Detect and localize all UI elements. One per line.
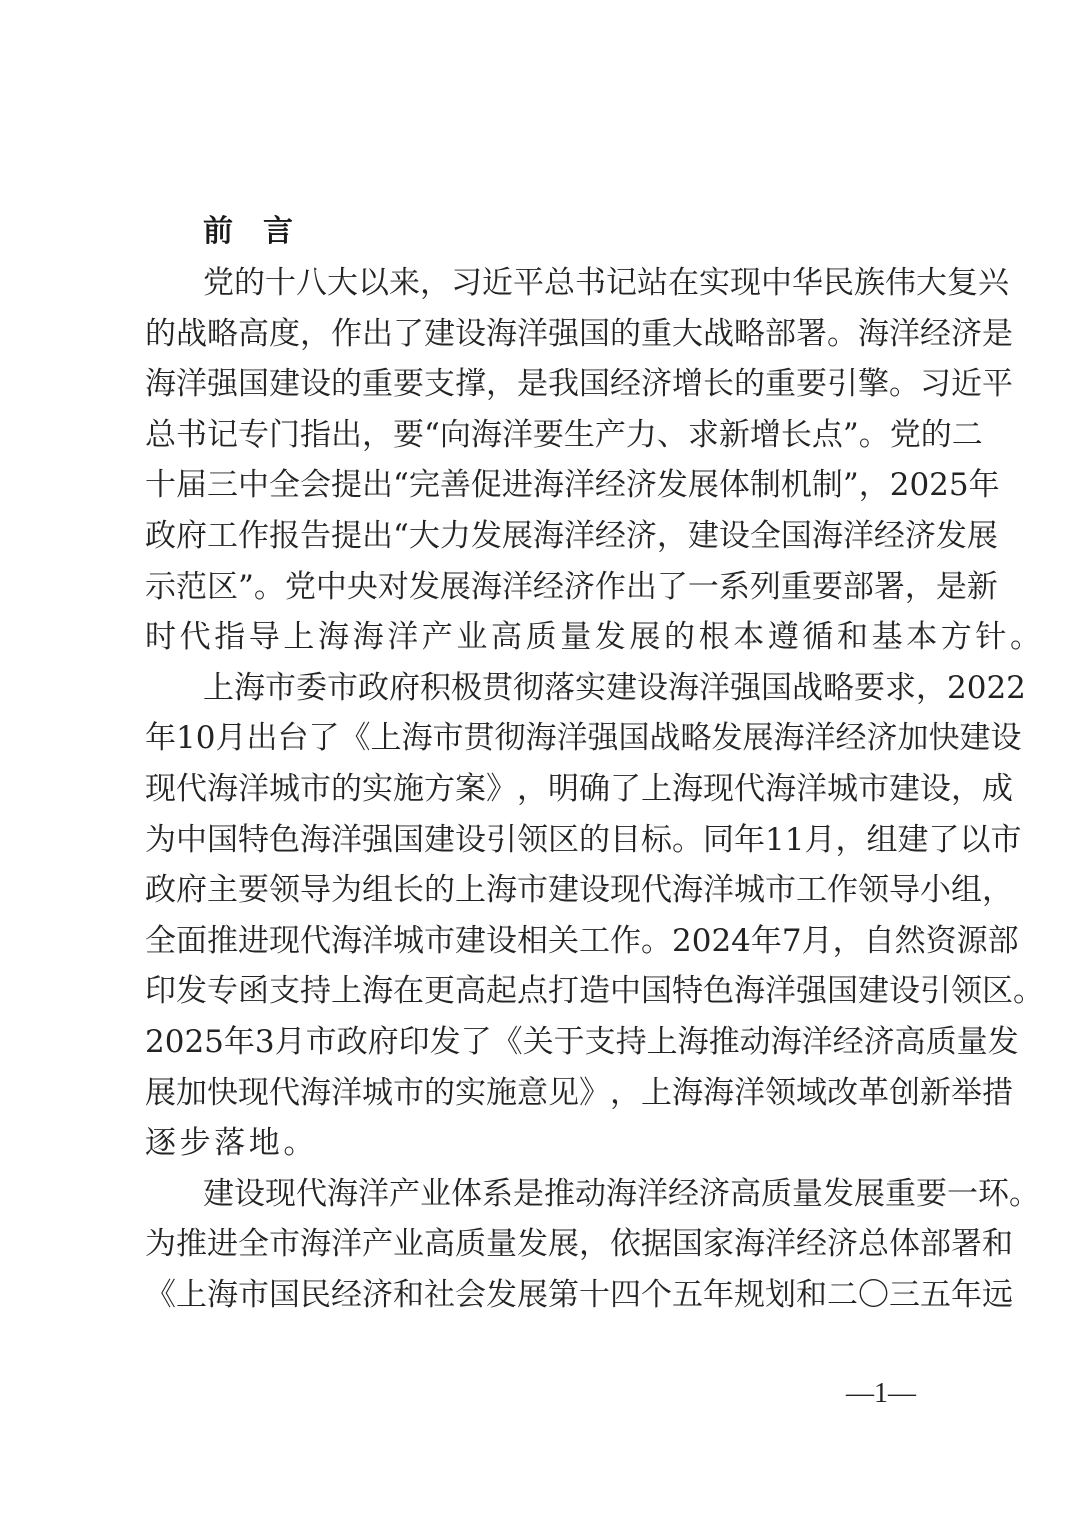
text-line: 政府主要领导为组长的上海市建设现代海洋城市工作领导小组， <box>145 865 945 916</box>
text-line: 年10月出台了《上海市贯彻海洋强国战略发展海洋经济加快建设 <box>145 713 945 764</box>
text-line: 政府工作报告提出“大力发展海洋经济，建设全国海洋经济发展 <box>145 511 945 562</box>
paragraph-2: 上海市委市政府积极贯彻落实建设海洋强国战略要求，2022 年10月出台了《上海市… <box>145 663 945 1169</box>
text-line: 的战略高度，作出了建设海洋强国的重大战略部署。海洋经济是 <box>145 309 945 360</box>
text-line: 印发专函支持上海在更高起点打造中国特色海洋强国建设引领区。 <box>145 966 945 1017</box>
paragraph-3: 建设现代海洋产业体系是推动海洋经济高质量发展重要一环。 为推进全市海洋产业高质量… <box>145 1169 945 1321</box>
text-line: 海洋强国建设的重要支撑，是我国经济增长的重要引擎。习近平 <box>145 359 945 410</box>
text-line: 总书记专门指出，要“向海洋要生产力、求新增长点”。党的二 <box>145 410 945 461</box>
text-line: 党的十八大以来，习近平总书记站在实现中华民族伟大复兴 <box>145 258 945 309</box>
text-line: 时代指导上海海洋产业高质量发展的根本遵循和基本方针。 <box>145 612 945 663</box>
page-number: —1— <box>846 1378 916 1410</box>
text-line: 全面推进现代海洋城市建设相关工作。2024年7月，自然资源部 <box>145 916 945 967</box>
body-text: 党的十八大以来，习近平总书记站在实现中华民族伟大复兴 的战略高度，作出了建设海洋… <box>145 258 945 1320</box>
text-line: 逐步落地。 <box>145 1118 945 1169</box>
text-line: 展加快现代海洋城市的实施意见》，上海海洋领域改革创新举措 <box>145 1068 945 1119</box>
text-line: 建设现代海洋产业体系是推动海洋经济高质量发展重要一环。 <box>145 1169 945 1220</box>
document-page: 前 言 党的十八大以来，习近平总书记站在实现中华民族伟大复兴 的战略高度，作出了… <box>0 0 1080 1528</box>
text-line: 为推进全市海洋产业高质量发展，依据国家海洋经济总体部署和 <box>145 1219 945 1270</box>
text-line: 《上海市国民经济和社会发展第十四个五年规划和二〇三五年远 <box>145 1270 945 1321</box>
text-line: 为中国特色海洋强国建设引领区的目标。同年11月，组建了以市 <box>145 815 945 866</box>
text-line: 十届三中全会提出“完善促进海洋经济发展体制机制”，2025年 <box>145 460 945 511</box>
text-line: 示范区”。党中央对发展海洋经济作出了一系列重要部署，是新 <box>145 562 945 613</box>
text-line: 2025年3月市政府印发了《关于支持上海推动海洋经济高质量发 <box>145 1017 945 1068</box>
text-line: 现代海洋城市的实施方案》，明确了上海现代海洋城市建设，成 <box>145 764 945 815</box>
text-line: 上海市委市政府积极贯彻落实建设海洋强国战略要求，2022 <box>145 663 945 714</box>
section-heading-preface: 前 言 <box>203 206 293 250</box>
paragraph-1: 党的十八大以来，习近平总书记站在实现中华民族伟大复兴 的战略高度，作出了建设海洋… <box>145 258 945 663</box>
